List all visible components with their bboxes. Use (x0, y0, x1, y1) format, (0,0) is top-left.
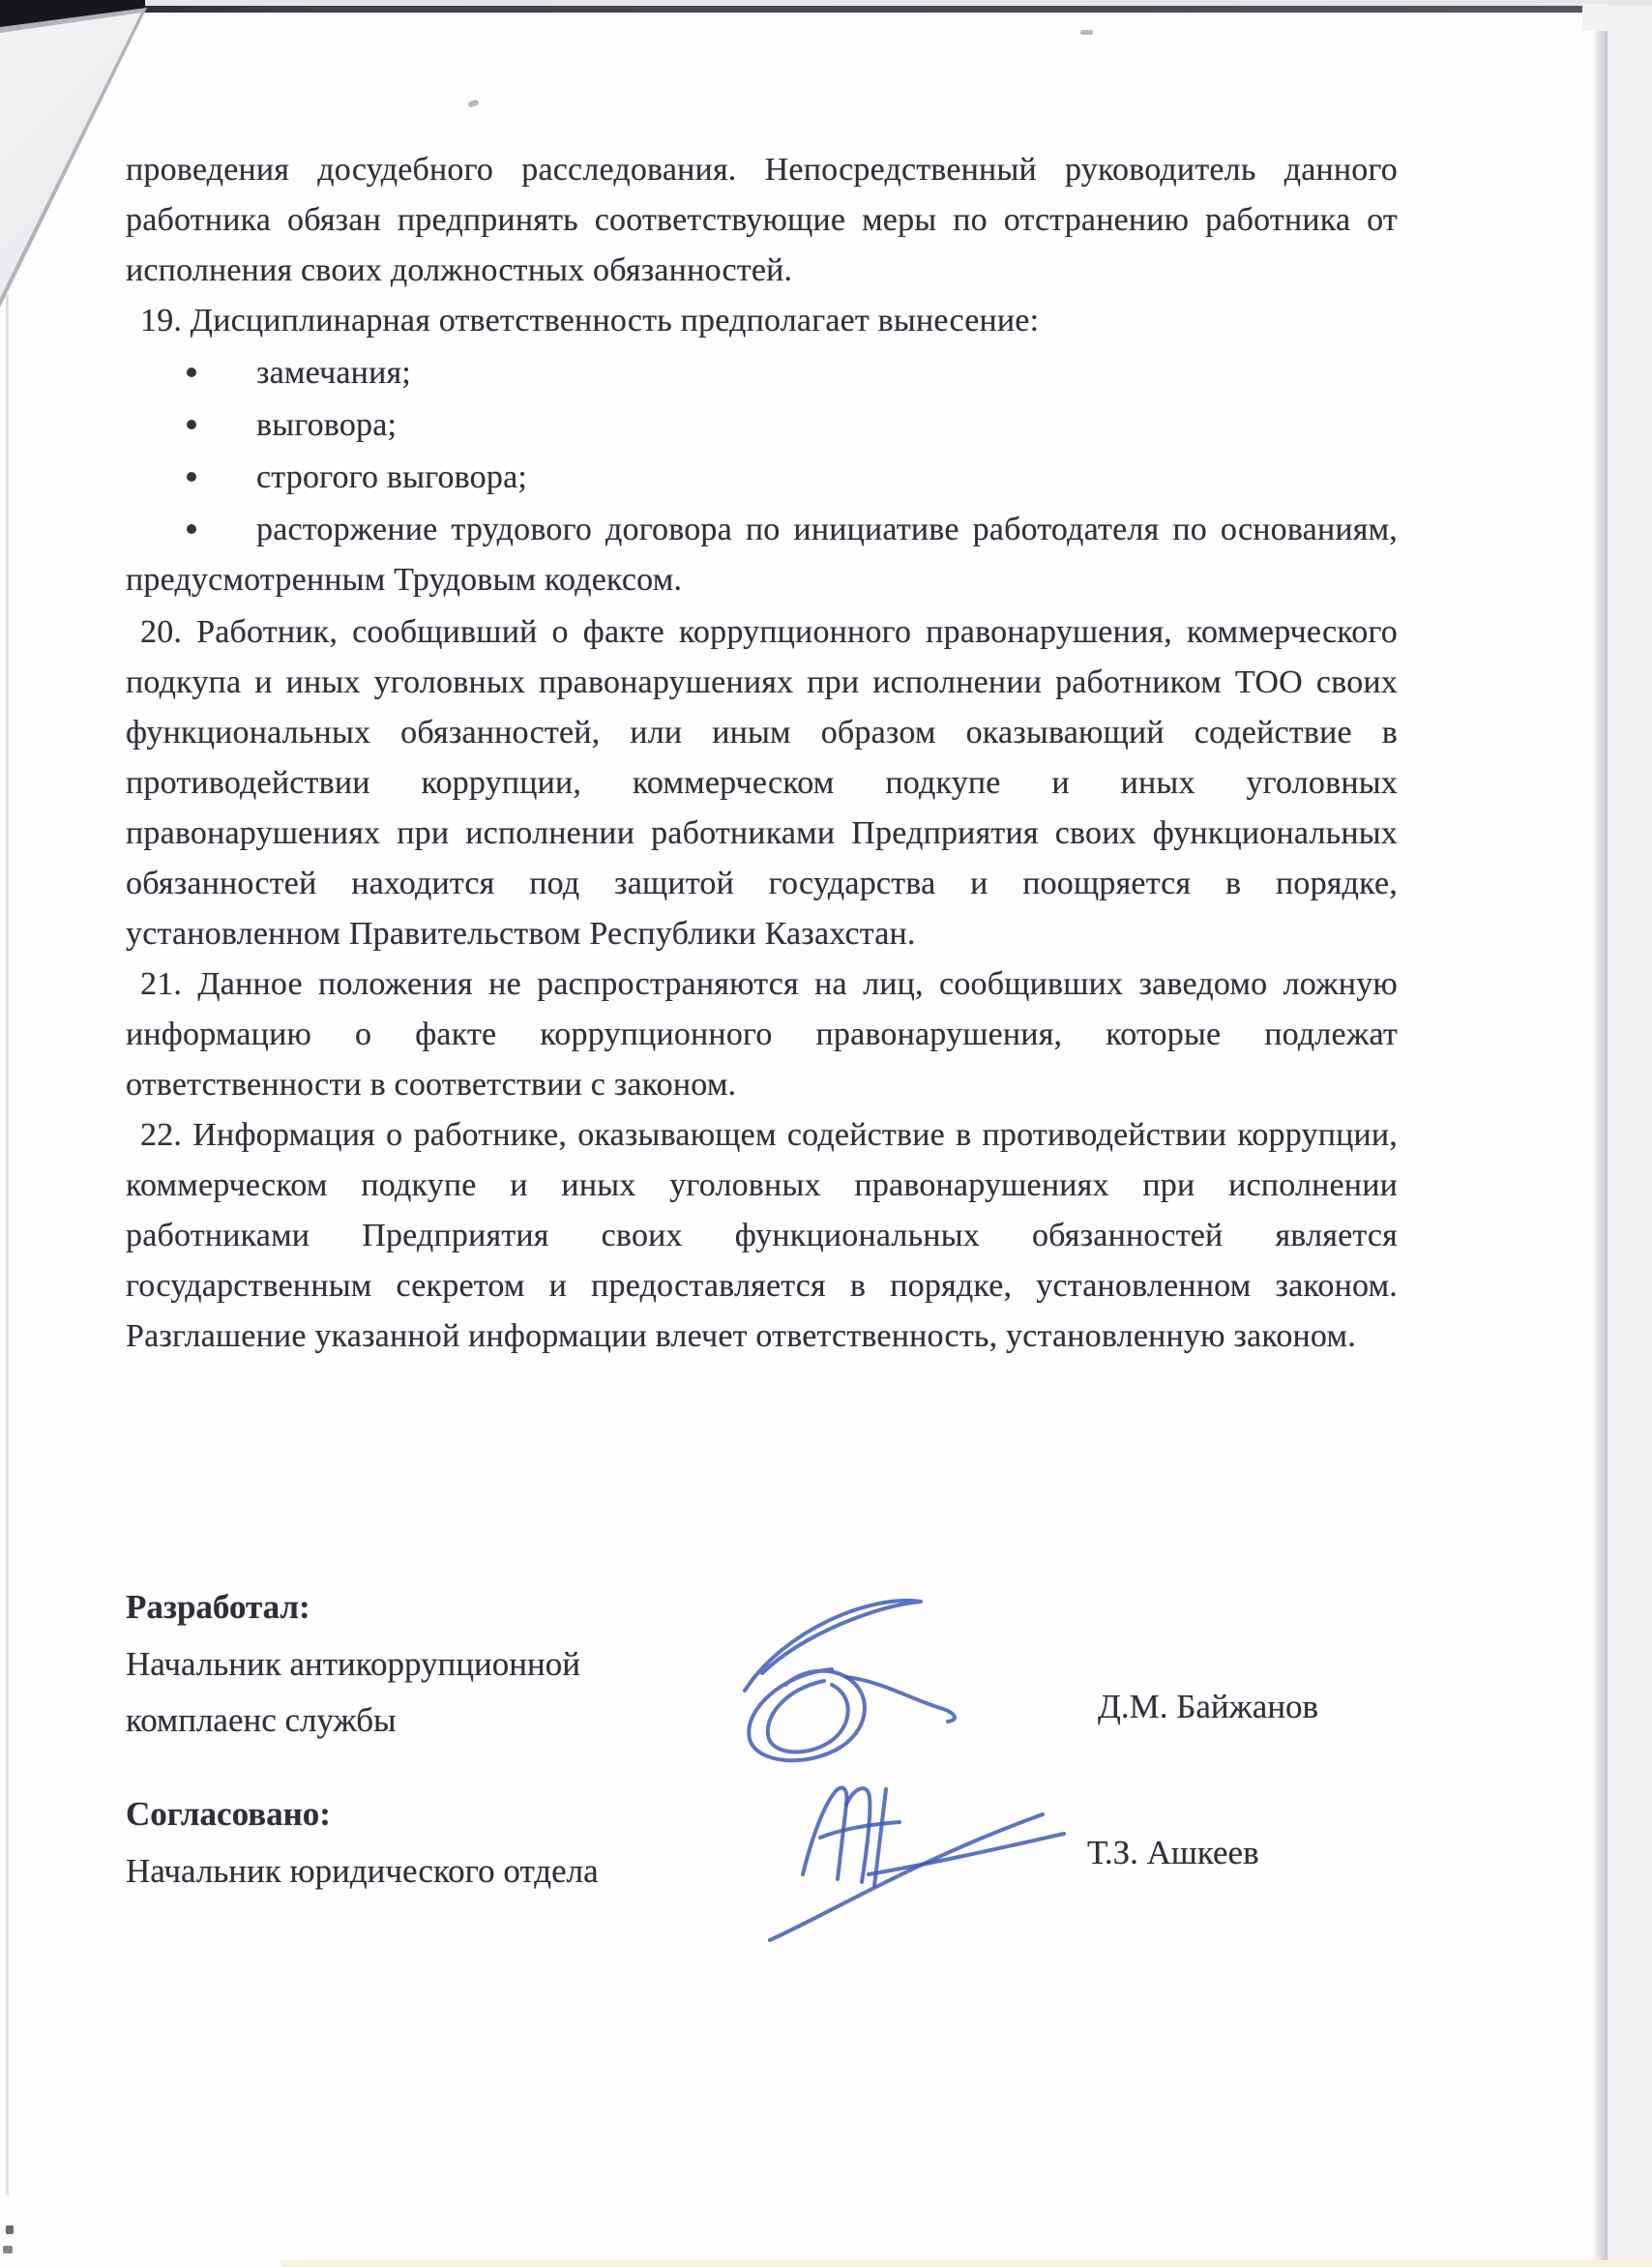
list-item: расторжение трудового договора по инициа… (126, 505, 1398, 605)
clause-20: 20. Работник, сообщивший о факте коррупц… (126, 607, 1398, 959)
agreed-name: Т.З. Ашкеев (1087, 1834, 1259, 1872)
document-body: проведения досудебного расследования. Не… (126, 145, 1398, 1362)
developed-label: Разработал: (126, 1588, 310, 1627)
bullet-icon (187, 420, 196, 429)
bullet-icon (187, 472, 196, 482)
developed-title: Начальник антикоррупционной комплаенс сл… (126, 1636, 648, 1749)
developed-name: Д.М. Байжанов (1098, 1688, 1318, 1726)
clause-22: 22. Информация о работнике, оказывающем … (126, 1110, 1398, 1362)
scan-artifact-right-margin (1606, 0, 1652, 2267)
clause-19: 19. Дисциплинарная ответственность предп… (126, 296, 1398, 346)
paragraph-continuation: проведения досудебного расследования. Не… (126, 145, 1398, 296)
bullet-list: замечания; выговора; строгого выговора; … (126, 348, 1398, 605)
bullet-text: строгого выговора; (126, 453, 1398, 503)
scan-artifact-speck (467, 99, 479, 107)
scan-artifact-bottom-strip (280, 2260, 1652, 2267)
scan-artifact-speck (6, 2225, 14, 2234)
bullet-text: расторжение трудового договора по инициа… (126, 505, 1398, 605)
scan-artifact-top-edge-shadow (0, 6, 1606, 13)
scan-artifact-left-edge (6, 295, 9, 2195)
scan-artifact-speck (3, 2246, 13, 2253)
list-item: замечания; (126, 348, 1398, 398)
list-item: выговора; (126, 400, 1398, 451)
scan-artifact-corner-notch (1582, 4, 1608, 31)
scan-artifact-page-right-edge (1592, 0, 1608, 2267)
bullet-icon (187, 368, 196, 377)
agreed-label: Согласовано: (126, 1795, 331, 1834)
bullet-icon (187, 524, 196, 534)
signature-developed (716, 1584, 977, 1773)
list-item: строгого выговора; (126, 453, 1398, 503)
agreed-title: Начальник юридического отдела (126, 1843, 648, 1899)
bullet-text: выговора; (126, 400, 1398, 451)
clause-21: 21. Данное положения не распространяются… (126, 959, 1398, 1110)
signature-agreed (752, 1778, 1072, 1952)
document-page: проведения досудебного расследования. Не… (0, 0, 1652, 2267)
bullet-text: замечания; (126, 348, 1398, 398)
scan-artifact-speck (1080, 30, 1093, 35)
